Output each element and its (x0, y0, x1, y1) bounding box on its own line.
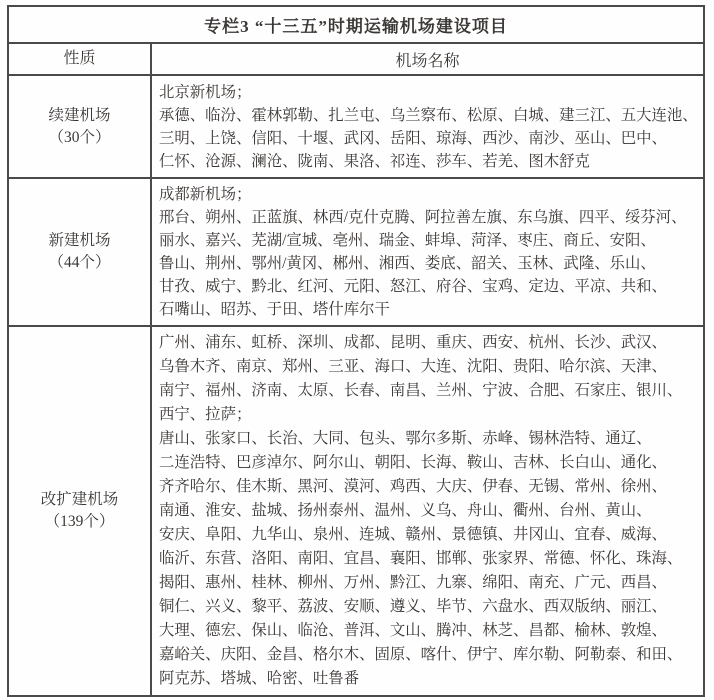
airport-list-line: 三明、上饶、信阳、十堰、武冈、岳阳、琼海、西沙、南沙、巫山、巴中、 (159, 127, 700, 150)
row-category-count: （30个） (48, 127, 110, 149)
table-header-row: 性质 机场名称 (9, 42, 703, 74)
airport-list-line: 乌鲁木齐、南京、郑州、三亚、海口、大连、沈阳、贵阳、哈尔滨、天津、 (159, 355, 700, 379)
airport-list-line: 北京新机场； (159, 81, 700, 104)
airport-list-line: 唐山、张家口、长治、大同、包头、鄂尔多斯、赤峰、锡林浩特、通辽、 (159, 427, 700, 451)
airport-list-continued: 北京新机场；承德、临汾、霍林郭勒、扎兰屯、乌兰察布、松原、白城、建三江、五大连池… (152, 76, 703, 177)
row-category-label: 续建机场 (48, 105, 110, 127)
airport-list-line: 承德、临汾、霍林郭勒、扎兰屯、乌兰察布、松原、白城、建三江、五大连池、 (159, 104, 700, 127)
airport-list-new: 成都新机场；邢台、朔州、正蓝旗、林西/克什克腾、阿拉善左旗、东乌旗、四平、绥芬河… (152, 179, 703, 325)
airport-list-line: 西宁、拉萨； (159, 403, 700, 427)
header-nature: 性质 (9, 44, 152, 74)
airport-list-line: 南通、淮安、盐城、扬州泰州、温州、义乌、舟山、衢州、台州、黄山、 (159, 499, 700, 523)
row-category-count: （44个） (48, 252, 110, 274)
document-page: 专栏3 “十三五”时期运输机场建设项目 性质 机场名称 续建机场 （30个） 北… (0, 0, 714, 700)
airport-list-line: 安庆、阜阳、九华山、泉州、连城、赣州、景德镇、井冈山、宜春、威海、 (159, 523, 700, 547)
table-row-expansion: 改扩建机场 （139个） 广州、浦东、虹桥、深圳、成都、昆明、重庆、西安、杭州、… (9, 325, 703, 695)
airport-list-line: 甘孜、威宁、黔北、红河、元阳、怒江、府谷、宝鸡、定边、平凉、共和、 (159, 275, 700, 298)
airport-list-line: 南宁、福州、济南、太原、长春、南昌、兰州、宁波、合肥、石家庄、银川、 (159, 379, 700, 403)
airport-list-line: 成都新机场； (159, 183, 700, 206)
table-title: 专栏3 “十三五”时期运输机场建设项目 (9, 7, 703, 42)
airport-list-line: 丽水、嘉兴、芜湖/宣城、亳州、瑞金、蚌埠、菏泽、枣庄、商丘、安阳、 (159, 229, 700, 252)
airport-list-expansion: 广州、浦东、虹桥、深圳、成都、昆明、重庆、西安、杭州、长沙、武汉、乌鲁木齐、南京… (152, 327, 703, 695)
airport-list-line: 揭阳、惠州、桂林、柳州、万州、黔江、九寨、绵阳、南充、广元、西昌、 (159, 571, 700, 595)
airport-list-line: 鲁山、荆州、鄂州/黄冈、郴州、湘西、娄底、韶关、玉林、武隆、乐山、 (159, 252, 700, 275)
row-category-cell: 改扩建机场 （139个） (9, 327, 152, 695)
airport-list-line: 大理、德宏、保山、临沧、普洱、文山、腾冲、林芝、昌都、榆林、敦煌、 (159, 619, 700, 643)
row-category-cell: 新建机场 （44个） (9, 179, 152, 325)
row-category-cell: 续建机场 （30个） (9, 76, 152, 177)
header-airport-names: 机场名称 (152, 44, 703, 74)
row-category-label: 新建机场 (48, 230, 110, 252)
row-category-count: （139个） (45, 511, 115, 533)
airport-list-line: 仁怀、沧源、澜沧、陇南、果洛、祁连、莎车、若羌、图木舒克 (159, 150, 700, 173)
airport-list-line: 二连浩特、巴彦淖尔、阿尔山、朝阳、长海、鞍山、吉林、长白山、通化、 (159, 451, 700, 475)
airport-list-line: 嘉峪关、庆阳、金昌、格尔木、固原、喀什、伊宁、库尔勒、阿勒泰、和田、 (159, 643, 700, 667)
row-category-label: 改扩建机场 (41, 489, 119, 511)
airport-list-line: 邢台、朔州、正蓝旗、林西/克什克腾、阿拉善左旗、东乌旗、四平、绥芬河、 (159, 206, 700, 229)
table-row-new-construction: 新建机场 （44个） 成都新机场；邢台、朔州、正蓝旗、林西/克什克腾、阿拉善左旗… (9, 177, 703, 325)
airport-list-line: 石嘴山、昭苏、于田、塔什库尔干 (159, 298, 700, 321)
airport-projects-table: 专栏3 “十三五”时期运输机场建设项目 性质 机场名称 续建机场 （30个） 北… (7, 5, 705, 697)
airport-list-line: 齐齐哈尔、佳木斯、黑河、漠河、鸡西、大庆、伊春、无锡、常州、徐州、 (159, 475, 700, 499)
airport-list-line: 临沂、东营、洛阳、南阳、宜昌、襄阳、邯郸、张家界、常德、怀化、珠海、 (159, 547, 700, 571)
airport-list-line: 铜仁、兴义、黎平、荔波、安顺、遵义、毕节、六盘水、西双版纳、丽江、 (159, 595, 700, 619)
table-row-continued-construction: 续建机场 （30个） 北京新机场；承德、临汾、霍林郭勒、扎兰屯、乌兰察布、松原、… (9, 74, 703, 177)
airport-list-line: 阿克苏、塔城、哈密、吐鲁番 (159, 667, 700, 691)
airport-list-line: 广州、浦东、虹桥、深圳、成都、昆明、重庆、西安、杭州、长沙、武汉、 (159, 331, 700, 355)
